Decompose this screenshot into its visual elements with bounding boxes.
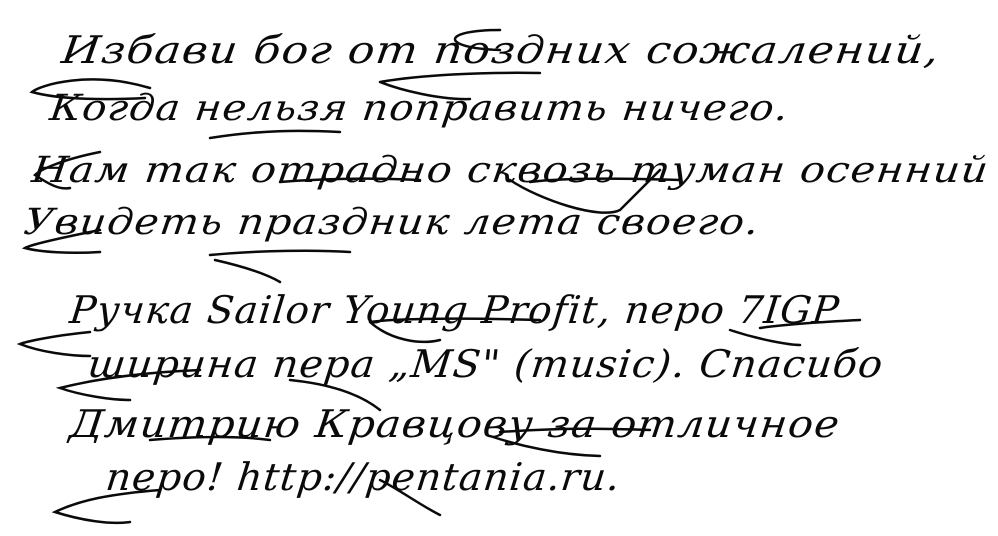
note-line-3: Дмитрию Кравцову за отличное [67, 402, 842, 446]
note-line-2: ширина пера „MS" (music). Спасибо [86, 342, 886, 386]
poem-line-2: Когда нельзя поправить ничего. [48, 88, 792, 129]
poem-line-3: Нам так отрадно сквозь туман осенний [30, 150, 992, 191]
handwriting-page: Избави бог от поздних сожалений, Когда н… [0, 0, 998, 536]
poem-line-4: Увидеть праздник лета своего. [22, 202, 762, 243]
note-line-1: Ручка Sailor Young Profit, перо 7IGP [68, 288, 842, 332]
poem-line-1: Избави бог от поздних сожалений, [59, 28, 942, 72]
note-line-4: перо! http://pentania.ru. [104, 455, 623, 499]
